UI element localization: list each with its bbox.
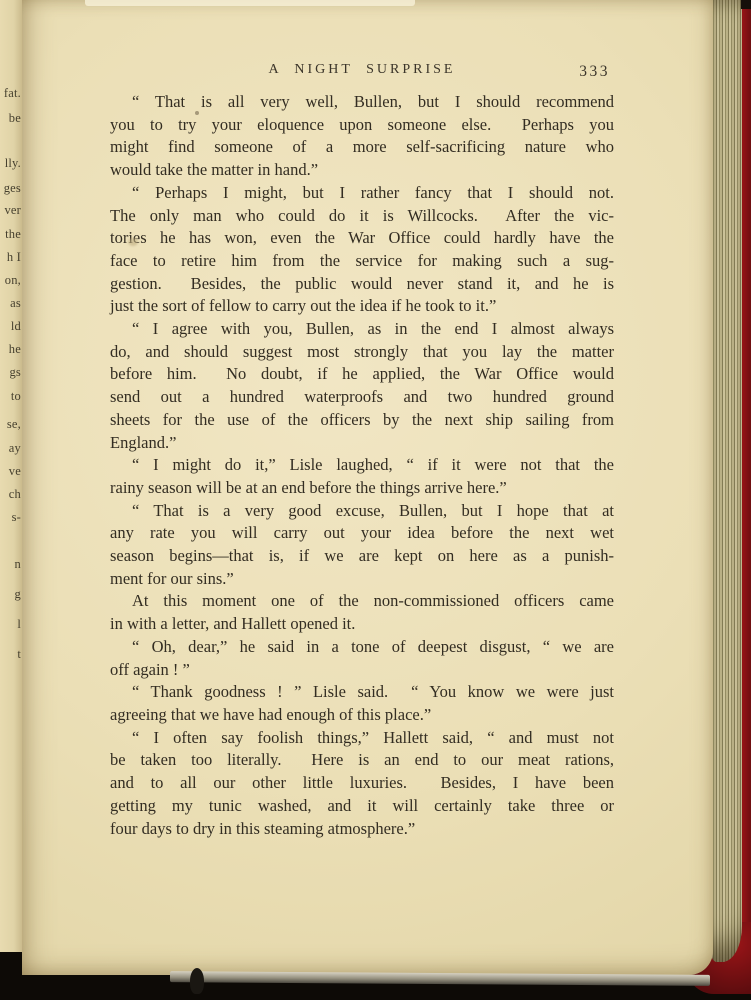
edge-text-fragment: ay	[9, 441, 21, 456]
text-line: off again ! ”	[110, 659, 614, 682]
edge-text-fragment: as	[10, 296, 21, 311]
page-title: A NIGHT SURPRISE	[110, 62, 614, 78]
edge-text-fragment: ver	[4, 203, 21, 218]
book-stand-clip	[190, 968, 204, 994]
edge-text-fragment: on,	[5, 273, 21, 288]
edge-text-fragment: ch	[9, 487, 21, 502]
paper-blemish	[128, 238, 138, 246]
edge-text-fragment: fat.	[4, 86, 21, 101]
edge-text-fragment: be	[9, 111, 21, 126]
paragraph: “ I might do it,” Lisle laughed, “ if it…	[110, 454, 614, 499]
paragraph: “ Perhaps I might, but I rather fancy th…	[110, 182, 614, 318]
edge-text-fragment: ld	[11, 319, 21, 334]
edge-text-fragment: se,	[7, 417, 21, 432]
text-line: season begins—that is, if we are kept on…	[110, 545, 614, 568]
edge-text-fragment: ges	[4, 181, 21, 196]
background-corner	[741, 0, 751, 9]
edge-text-fragment: t	[17, 647, 21, 662]
text-line: you to try your eloquence upon someone e…	[110, 114, 614, 137]
paragraph: “ I agree with you, Bullen, as in the en…	[110, 318, 614, 454]
text-line: ment for our sins.”	[110, 568, 614, 591]
paper-blemish	[195, 111, 199, 115]
paragraph: “ I often say foolish things,” Hallett s…	[110, 727, 614, 841]
book-stand-edge	[170, 971, 710, 986]
edge-text-fragment: s-	[12, 510, 21, 525]
text-line: gestion. Besides, the public would never…	[110, 273, 614, 296]
text-line: “ Perhaps I might, but I rather fancy th…	[110, 182, 614, 205]
book-page: A NIGHT SURPRISE 333 “ That is all very …	[22, 0, 713, 975]
text-line: England.”	[110, 432, 614, 455]
running-header: A NIGHT SURPRISE 333	[110, 62, 614, 82]
paragraph: “ That is a very good excuse, Bullen, bu…	[110, 500, 614, 591]
text-line: send out a hundred waterproofs and two h…	[110, 386, 614, 409]
text-line: “ Thank goodness ! ” Lisle said. “ You k…	[110, 681, 614, 704]
text-line: do, and should suggest most strongly tha…	[110, 341, 614, 364]
text-line: getting my tunic washed, and it will cer…	[110, 795, 614, 818]
paragraph: “ Thank goodness ! ” Lisle said. “ You k…	[110, 681, 614, 726]
text-line: just the sort of fellow to carry out the…	[110, 295, 614, 318]
text-line: “ I might do it,” Lisle laughed, “ if it…	[110, 454, 614, 477]
text-line: “ I agree with you, Bullen, as in the en…	[110, 318, 614, 341]
edge-text-fragment: h I	[7, 250, 21, 265]
text-line: agreeing that we have had enough of this…	[110, 704, 614, 727]
text-line: The only man who could do it is Willcock…	[110, 205, 614, 228]
text-line: and to all our other little luxuries. Be…	[110, 772, 614, 795]
paragraph: “ Oh, dear,” he said in a tone of deepes…	[110, 636, 614, 681]
edge-text-fragment: he	[9, 342, 21, 357]
text-line: tories he has won, even the War Office c…	[110, 227, 614, 250]
text-line: “ I often say foolish things,” Hallett s…	[110, 727, 614, 750]
text-line: might find someone of a more self-sacrif…	[110, 136, 614, 159]
text-line: in with a letter, and Hallett opened it.	[110, 613, 614, 636]
page-top-edge	[85, 0, 415, 6]
text-line: “ That is all very well, Bullen, but I s…	[110, 91, 614, 114]
book-photo: fat.belly.gesvertheh Ion,asldhegstose,ay…	[0, 0, 751, 1000]
text-line: before him. No doubt, if he applied, the…	[110, 363, 614, 386]
edge-text-fragment: lly.	[5, 156, 21, 171]
text-line: rainy season will be at an end before th…	[110, 477, 614, 500]
text-line: any rate you will carry out your idea be…	[110, 522, 614, 545]
paragraph: “ That is all very well, Bullen, but I s…	[110, 91, 614, 182]
text-column: “ That is all very well, Bullen, but I s…	[110, 91, 614, 840]
edge-text-fragment: to	[11, 389, 21, 404]
edge-text-fragment: gs	[9, 365, 21, 380]
text-line: “ Oh, dear,” he said in a tone of deepes…	[110, 636, 614, 659]
page-number: 333	[579, 63, 610, 81]
text-line: would take the matter in hand.”	[110, 159, 614, 182]
text-line: “ That is a very good excuse, Bullen, bu…	[110, 500, 614, 523]
fore-edge-page-stack	[711, 0, 742, 962]
text-line: face to retire him from the service for …	[110, 250, 614, 273]
edge-text-fragment: l	[17, 617, 21, 632]
edge-text-fragment: ve	[9, 464, 21, 479]
paragraph: At this moment one of the non-commission…	[110, 590, 614, 635]
text-line: sheets for the use of the officers by th…	[110, 409, 614, 432]
text-line: four days to dry in this steaming atmosp…	[110, 818, 614, 841]
text-line: At this moment one of the non-commission…	[110, 590, 614, 613]
edge-text-fragment: the	[5, 227, 21, 242]
edge-text-fragment: n	[15, 557, 21, 572]
text-line: be taken too literally. Here is an end t…	[110, 749, 614, 772]
edge-text-fragment: g	[15, 587, 21, 602]
